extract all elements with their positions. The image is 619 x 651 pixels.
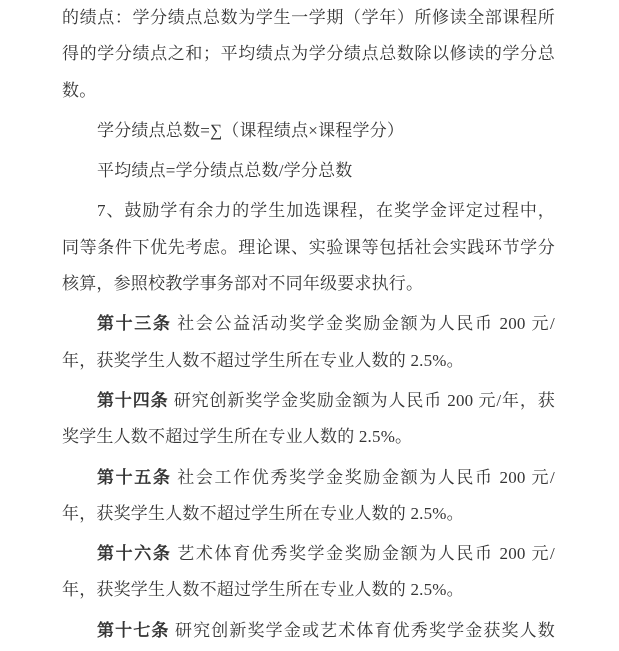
article-number: 第十七条 <box>97 621 170 640</box>
text-segment: 7、鼓励学有余力的学生加选课程，在奖学金评定过程中， <box>97 201 555 220</box>
document-line: 年，获奖学生人数不超过学生所在专业人数的 2.5%。 <box>62 572 555 608</box>
article-number: 第十六条 <box>97 544 171 563</box>
document-line: 数。 <box>62 73 555 109</box>
document-line: 第十四条 研究创新奖学金奖励金额为人民币 200 元/年，获 <box>62 383 555 419</box>
document-line: 7、鼓励学有余力的学生加选课程，在奖学金评定过程中， <box>62 193 555 229</box>
text-segment: 同等条件下优先考虑。理论课、实验课等包括社会实践环节学分 <box>62 238 555 257</box>
text-segment: 研究创新奖学金或艺术体育优秀奖学金获奖人数 <box>170 621 555 640</box>
text-segment: 数。 <box>62 81 96 100</box>
document-line: 第十六条 艺术体育优秀奖学金奖励金额为人民币 200 元/ <box>62 536 555 572</box>
text-segment: 学分绩点总数=∑（课程绩点×课程学分） <box>97 121 404 140</box>
document-line: 的绩点：学分绩点总数为学生一学期（学年）所修读全部课程所 <box>62 0 555 36</box>
text-segment: 艺术体育优秀奖学金奖励金额为人民币 200 元/ <box>171 544 555 563</box>
document-line: 学分绩点总数=∑（课程绩点×课程学分） <box>62 113 555 149</box>
article-number: 第十三条 <box>97 314 171 333</box>
document-line: 同等条件下优先考虑。理论课、实验课等包括社会实践环节学分 <box>62 230 555 266</box>
article-number: 第十四条 <box>97 391 169 410</box>
document-line: 年，获奖学生人数不超过学生所在专业人数的 2.5%。 <box>62 343 555 379</box>
document-line: 第十三条 社会公益活动奖学金奖励金额为人民币 200 元/ <box>62 306 555 342</box>
text-segment: 年，获奖学生人数不超过学生所在专业人数的 2.5%。 <box>62 504 464 523</box>
document-line: 年，获奖学生人数不超过学生所在专业人数的 2.5%。 <box>62 496 555 532</box>
text-segment: 得的学分绩点之和；平均绩点为学分绩点总数除以修读的学分总 <box>62 44 555 63</box>
document-line: 平均绩点=学分绩点总数/学分总数 <box>62 153 555 189</box>
text-segment: 社会工作优秀奖学金奖励金额为人民币 200 元/ <box>171 468 555 487</box>
document-line: 第十七条 研究创新奖学金或艺术体育优秀奖学金获奖人数 <box>62 613 555 649</box>
article-number: 第十五条 <box>97 468 171 487</box>
document-page: 的绩点：学分绩点总数为学生一学期（学年）所修读全部课程所得的学分绩点之和；平均绩… <box>62 0 555 649</box>
text-segment: 的绩点：学分绩点总数为学生一学期（学年）所修读全部课程所 <box>62 8 555 27</box>
document-line: 核算，参照校教学事务部对不同年级要求执行。 <box>62 266 555 302</box>
text-segment: 核算，参照校教学事务部对不同年级要求执行。 <box>62 274 423 293</box>
text-segment: 年，获奖学生人数不超过学生所在专业人数的 2.5%。 <box>62 580 464 599</box>
document-line: 得的学分绩点之和；平均绩点为学分绩点总数除以修读的学分总 <box>62 36 555 72</box>
text-segment: 奖学生人数不超过学生所在专业人数的 2.5%。 <box>62 427 412 446</box>
text-segment: 平均绩点=学分绩点总数/学分总数 <box>97 161 353 180</box>
text-segment: 年，获奖学生人数不超过学生所在专业人数的 2.5%。 <box>62 351 464 370</box>
document-line: 奖学生人数不超过学生所在专业人数的 2.5%。 <box>62 419 555 455</box>
text-segment: 研究创新奖学金奖励金额为人民币 200 元/年，获 <box>169 391 555 410</box>
document-line: 第十五条 社会工作优秀奖学金奖励金额为人民币 200 元/ <box>62 460 555 496</box>
text-segment: 社会公益活动奖学金奖励金额为人民币 200 元/ <box>171 314 555 333</box>
